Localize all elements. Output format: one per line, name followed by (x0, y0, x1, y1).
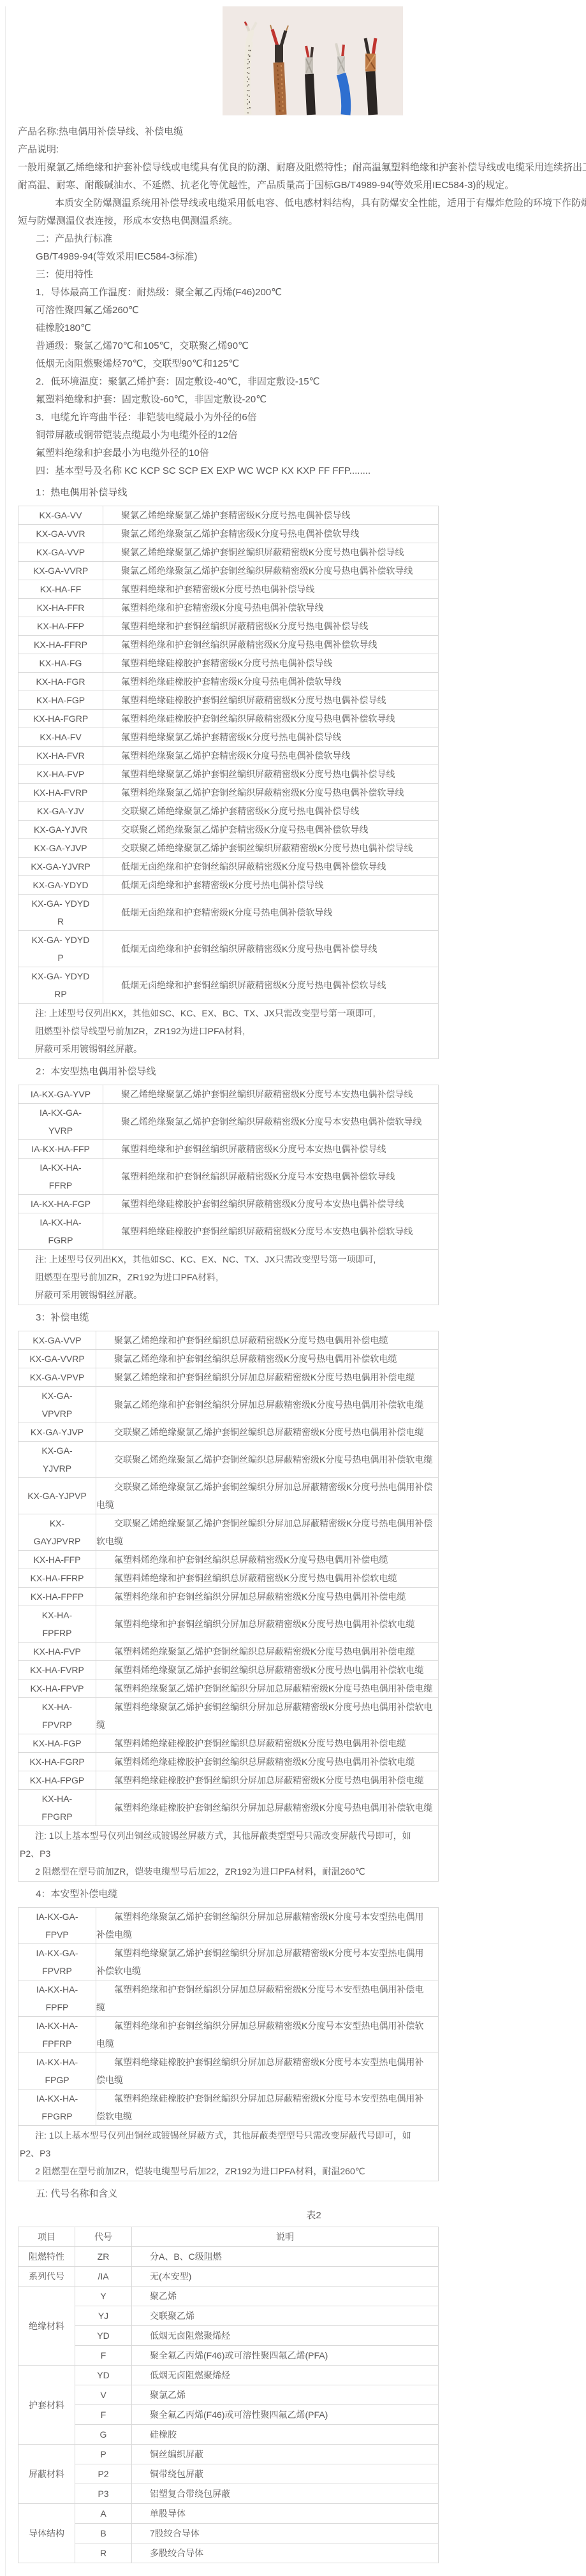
model-desc-cell: 低烟无卤绝缘和护套精密级K分度号热电偶补偿导线 (103, 876, 439, 895)
model-code-cell: KX-HA-FPGP (18, 1771, 96, 1790)
table-row: KX-GA- YDYD RP 低烟无卤绝缘和护套铜丝编织屏蔽精密级K分度号热电偶… (18, 967, 439, 1004)
legend-desc-cell: 铝塑复合带绕包屏蔽 (132, 2484, 439, 2504)
table-row: KX-GA- YJVRP 交联聚乙烯绝缘聚氯乙烯护套铜丝编织总屏蔽精密级K分度号… (18, 1442, 439, 1478)
model-code-cell: KX-HA-FVP (18, 765, 103, 784)
table-row: KX-GA-YJPVP 交联聚乙烯绝缘聚氯乙烯护套铜丝编织分屏加总屏蔽精密级K分… (18, 1478, 439, 1514)
model-desc-cell: 氟塑料绝缘硅橡胶护套铜丝编织屏蔽精密级K分度号本安热电偶补偿软导线 (103, 1213, 439, 1250)
text-line: 产品名称:热电偶用补偿导线、补偿电缆 (18, 123, 586, 141)
model-desc-cell: 氟塑料烯绝缘和护套铜丝编织总屏蔽精密级K分度号热电偶用补偿电缆 (96, 1551, 439, 1569)
table-row: KX-GA-VVRP 聚氯乙烯绝缘聚氯乙烯护套铜丝编织屏蔽精密级K分度号热电偶补… (18, 562, 439, 580)
table-row: KX-GA-YDYD 低烟无卤绝缘和护套精密级K分度号热电偶补偿导线 (18, 876, 439, 895)
legend-desc-cell: 聚全氟乙丙烯(F46)或可溶性聚四氟乙烯(PFA) (132, 2346, 439, 2366)
legend-code-cell: YD (75, 2326, 132, 2346)
table-row: KX-HA-FVP 氟塑料绝缘聚氯乙烯护套铜丝编织屏蔽精密级K分度号热电偶补偿导… (18, 765, 439, 784)
section-heading-compensation-cable: 3：补偿电缆 (36, 1309, 586, 1327)
legend-row: 导体结构A单股导体 (18, 2504, 439, 2524)
model-code-cell: KX-HA- FPGRP (18, 1790, 96, 1826)
legend-row: V聚氯乙烯 (18, 2385, 439, 2405)
legend-item-cell: 护套材料 (18, 2366, 75, 2445)
model-desc-cell: 氟塑料绝缘硅橡胶护套精密级K分度号热电偶补偿软导线 (103, 673, 439, 691)
model-code-cell: KX-HA-FVR (18, 747, 103, 765)
model-desc-cell: 氟塑料绝缘和护套铜丝编织屏蔽精密级K分度号本安热电偶补偿软导线 (103, 1159, 439, 1195)
note-line: 阻燃型补偿导线型号前加ZR，ZR192为进口PFA材料, (18, 1022, 438, 1040)
table-row: KX-GA-VVP 聚氯乙烯绝缘和护套铜丝编织总屏蔽精密级K分度号热电偶用补偿电… (18, 1331, 439, 1350)
model-desc-cell: 氟塑料绝缘和护套铜丝编织屏蔽精密级K分度号热电偶补偿导线 (103, 617, 439, 636)
model-desc-cell: 氟塑料绝缘聚氯乙烯护套铜丝编织分屏加总屏蔽精密级K分度号热电偶用补偿软电 缆 (96, 1698, 439, 1734)
model-code-cell: KX-GA- YJVRP (18, 1442, 96, 1478)
note-line: 阻燃型在型号前加ZR，ZR192为进口PFA材料, (18, 1268, 438, 1286)
model-code-cell: IA-KX-HA- FFRP (18, 1159, 103, 1195)
model-desc-cell: 氟塑料绝缘硅橡胶护套铜丝编织屏蔽精密级K分度号热电偶补偿软导线 (103, 710, 439, 728)
table-note: 注: 1以上基本型号仅列出铜丝或镀锡丝屏蔽方式，其他屏蔽类型型号只需改变屏蔽代号… (18, 2126, 439, 2181)
table-row: KX- GAYJPVRP 交联聚乙烯绝缘聚氯乙烯护套铜丝编织分屏加总屏蔽精密级K… (18, 1514, 439, 1551)
table-row: KX-GA- YDYD R 低烟无卤绝缘和护套精密级K分度号热电偶补偿软导线 (18, 895, 439, 931)
legend-row: 绝缘材料Y聚乙烯 (18, 2287, 439, 2306)
compensation-wire-table: KX-GA-VV 聚氯乙烯绝缘聚氯乙烯护套精密级K分度号热电偶补偿导线 KX-G… (18, 506, 439, 1059)
legend-row: F聚全氟乙丙烯(F46)或可溶性聚四氟乙烯(PFA) (18, 2346, 439, 2366)
model-code-cell: IA-KX-GA- FPVRP (18, 1944, 96, 1980)
table-row: KX-HA-FVRP 氟塑料绝缘聚氯乙烯护套铜丝编织屏蔽精密级K分度号热电偶补偿… (18, 784, 439, 802)
text-line: 耐高温、耐寒、耐酸碱油水、不延燃、抗老化等优越性，产品质量高于国标GB/T498… (18, 177, 586, 194)
table-row: IA-KX-HA- FPGRP 氟塑料绝缘硅橡胶护套铜丝编织分屏加总屏蔽精密级K… (18, 2089, 439, 2126)
model-code-cell: IA-KX-GA- FPVP (18, 1908, 96, 1944)
text-line: GB/T4989-94(等效采用IEC584-3标准) (36, 248, 586, 266)
legend-row: YJ交联聚乙烯 (18, 2306, 439, 2326)
legend-desc-cell: 聚全氟乙丙烯(F46)或可溶性聚四氟乙烯(PFA) (132, 2405, 439, 2425)
model-desc-cell: 聚氯乙烯绝缘聚氯乙烯护套铜丝编织屏蔽精密级K分度号热电偶补偿软导线 (103, 562, 439, 580)
legend-code-cell: /IA (75, 2267, 132, 2287)
model-desc-cell: 聚氯乙烯绝缘聚氯乙烯护套精密级K分度号热电偶补偿软导线 (103, 525, 439, 543)
table-row: KX-HA-FGP 氟塑料烯绝缘硅橡胶护套铜丝编织总屏蔽精密级K分度号热电偶用补… (18, 1734, 439, 1753)
table-row: KX-HA-FFP 氟塑料烯绝缘和护套铜丝编织总屏蔽精密级K分度号热电偶用补偿电… (18, 1551, 439, 1569)
legend-code-cell: F (75, 2346, 132, 2366)
legend-desc-cell: 分A、B、C级阻燃 (132, 2247, 439, 2267)
model-code-cell: KX-GA-YJPVP (18, 1478, 96, 1514)
model-code-cell: KX-GA-VVRP (18, 562, 103, 580)
table-row: KX-HA-FF 氟塑料绝缘和护套精密级K分度号热电偶补偿导线 (18, 580, 439, 599)
note-line: 注: 1以上基本型号仅列出铜丝或镀锡丝屏蔽方式，其他屏蔽类型型号只需改变屏蔽代号… (18, 2126, 438, 2144)
model-code-cell: KX-HA-FFR (18, 599, 103, 617)
note-line: 2 阻燃型在型号前加ZR，铠装电缆型号后加22，ZR192为进口PFA材料，耐温… (18, 1862, 438, 1880)
legend-row: 屏蔽材料P铜丝编织屏蔽 (18, 2445, 439, 2464)
legend-code-cell: F (75, 2405, 132, 2425)
compensation-cable-table: KX-GA-VVP 聚氯乙烯绝缘和护套铜丝编织总屏蔽精密级K分度号热电偶用补偿电… (18, 1331, 439, 1882)
model-code-cell: KX-GA-YJVP (18, 839, 103, 858)
table-row: IA-KX-HA- FGRP 氟塑料绝缘硅橡胶护套铜丝编织屏蔽精密级K分度号本安… (18, 1213, 439, 1250)
table-row: KX-GA-YJVR 交联聚乙烯绝缘聚氯乙烯护套精密级K分度号热电偶补偿软导线 (18, 821, 439, 839)
legend-row: P3铝塑复合带绕包屏蔽 (18, 2484, 439, 2504)
table-row: IA-KX-HA- FPFRP 氟塑料绝缘和护套铜丝编织分屏加总屏蔽精密级K分度… (18, 2017, 439, 2053)
model-code-cell: KX- GAYJPVRP (18, 1514, 96, 1551)
legend-code-cell: P3 (75, 2484, 132, 2504)
table-row: KX-HA-FVR 氟塑料绝缘聚氯乙烯护套精密级K分度号热电偶补偿软导线 (18, 747, 439, 765)
model-code-cell: KX-GA-YJVRP (18, 858, 103, 876)
text-line: 一般用聚氯乙烯绝缘和护套补偿导线或电缆具有优良的防潮、耐磨及阻燃特性；耐高温氟塑… (18, 159, 586, 177)
legend-table-body: 阻燃特性ZR分A、B、C级阻燃系列代号/IA无(本安型)绝缘材料Y聚乙烯YJ交联… (18, 2247, 439, 2563)
model-desc-cell: 氟塑料绝缘硅橡胶护套铜丝编织分屏加总屏蔽精密级K分度号热电偶用补偿电缆 (96, 1771, 439, 1790)
legend-row: 阻燃特性ZR分A、B、C级阻燃 (18, 2247, 439, 2267)
model-desc-cell: 氟塑料烯绝缘硅橡胶护套铜丝编织总屏蔽精密级K分度号热电偶用补偿电缆 (96, 1734, 439, 1753)
table-row: KX-HA-FFRP 氟塑料绝缘和护套铜丝编织屏蔽精密级K分度号热电偶补偿软导线 (18, 636, 439, 654)
table-row: KX-HA- FPGRP 氟塑料绝缘硅橡胶护套铜丝编织分屏加总屏蔽精密级K分度号… (18, 1790, 439, 1826)
table-row: IA-KX-GA- YVRP 聚乙烯绝缘聚氯乙烯护套铜丝编织屏蔽精密级K分度号本… (18, 1104, 439, 1140)
legend-header-desc: 说明 (132, 2227, 439, 2247)
model-desc-cell: 聚乙烯绝缘聚氯乙烯护套铜丝编织屏蔽精密级K分度号本安热电偶补偿软导线 (103, 1104, 439, 1140)
model-code-cell: IA-KX-HA-FGP (18, 1195, 103, 1213)
legend-code-cell: ZR (75, 2247, 132, 2267)
model-code-cell: KX-GA-YJV (18, 802, 103, 821)
table-row: KX-GA-YJV 交联聚乙烯绝缘聚氯乙烯护套精密级K分度号热电偶补偿导线 (18, 802, 439, 821)
model-code-cell: KX-HA-FVRP (18, 784, 103, 802)
note-line: 2 阻燃型在型号前加ZR，铠装电缆型号后加22，ZR192为进口PFA材料，耐温… (18, 2162, 438, 2180)
model-code-cell: KX-HA-FFRP (18, 636, 103, 654)
model-code-cell: KX-GA- YDYD R (18, 895, 103, 931)
model-desc-cell: 氟塑料绝缘和护套铜丝编织分屏加总屏蔽精密级K分度号热电偶用补偿软电缆 (96, 1606, 439, 1643)
legend-header-row: 项目 代号 说明 (18, 2227, 439, 2247)
legend-desc-cell: 低烟无卤阻燃聚烯烃 (132, 2326, 439, 2346)
model-code-cell: KX-HA-FPFP (18, 1588, 96, 1606)
model-desc-cell: 氟塑料绝缘和护套铜丝编织分屏加总屏蔽精密级K分度号热电偶用补偿电缆 (96, 1588, 439, 1606)
model-desc-cell: 氟塑料绝缘和护套铜丝编织屏蔽精密级K分度号本安热电偶补偿导线 (103, 1140, 439, 1159)
section-heading-compensation-wire: 1：热电偶用补偿导线 (36, 484, 586, 502)
table-note: 注: 上述型号仅列出KX，其他如SC、KC、EX、NC、TX、JX只需改变型号第… (18, 1250, 439, 1305)
model-desc-cell: 聚氯乙烯绝缘聚氯乙烯护套精密级K分度号热电偶补偿导线 (103, 506, 439, 525)
legend-desc-cell: 7股绞合导体 (132, 2524, 439, 2543)
table-row: KX-HA-FPVP 氟塑料绝缘聚氯乙烯护套铜丝编织分屏加总屏蔽精密级K分度号热… (18, 1680, 439, 1698)
model-desc-cell: 交联聚乙烯绝缘聚氯乙烯护套铜丝编织总屏蔽精密级K分度号热电偶用补偿软电缆 (96, 1442, 439, 1478)
model-desc-cell: 氟塑料绝缘聚氯乙烯护套精密级K分度号热电偶补偿软导线 (103, 747, 439, 765)
legend-desc-cell: 低烟无卤阻燃聚烯烃 (132, 2366, 439, 2385)
legend-row: B7股绞合导体 (18, 2524, 439, 2543)
model-desc-cell: 聚氯乙烯绝缘和护套铜丝编织分屏加总屏蔽精密级K分度号热电偶用补偿软电缆 (96, 1387, 439, 1423)
table-row: IA-KX-GA-YVP 聚乙烯绝缘聚氯乙烯护套铜丝编织屏蔽精密级K分度号本安热… (18, 1085, 439, 1104)
section-heading-code-legend: 五: 代号名称和含义 (36, 2185, 586, 2203)
product-photo (223, 6, 403, 115)
model-code-cell: KX-GA-VVP (18, 543, 103, 562)
product-page: 产品名称:热电偶用补偿导线、补偿电缆 产品说明: 一般用聚氯乙烯绝缘和护套补偿导… (5, 6, 586, 2576)
model-desc-cell: 交联聚乙烯绝缘聚氯乙烯护套精密级K分度号热电偶补偿导线 (103, 802, 439, 821)
model-desc-cell: 交联聚乙烯绝缘聚氯乙烯护套精密级K分度号热电偶补偿软导线 (103, 821, 439, 839)
model-desc-cell: 氟塑料绝缘和护套精密级K分度号热电偶补偿软导线 (103, 599, 439, 617)
note-line: 注: 1以上基本型号仅列出铜丝或镀锡丝屏蔽方式，其他屏蔽类型型号只需改变屏蔽代号… (18, 1827, 438, 1845)
model-code-cell: KX-HA- FPVRP (18, 1698, 96, 1734)
table-row: KX-HA-FFRP 氟塑料烯绝缘和护套铜丝编织总屏蔽精密级K分度号热电偶用补偿… (18, 1569, 439, 1588)
legend-table-caption: 表2 (18, 2207, 586, 2225)
text-line: 氟塑料绝缘和护套最小为电缆外径的10倍 (36, 444, 586, 462)
model-desc-cell: 氟塑料绝缘聚氯乙烯护套精密级K分度号热电偶补偿导线 (103, 728, 439, 747)
legend-desc-cell: 单股导体 (132, 2504, 439, 2524)
model-code-cell: KX-GA-VV (18, 506, 103, 525)
table-row: IA-KX-HA-FFP 氟塑料绝缘和护套铜丝编织屏蔽精密级K分度号本安热电偶补… (18, 1140, 439, 1159)
table-row: KX-GA-VVP 聚氯乙烯绝缘聚氯乙烯护套铜丝编织屏蔽精密级K分度号热电偶补偿… (18, 543, 439, 562)
model-desc-cell: 氟塑料绝缘和护套铜丝编织屏蔽精密级K分度号热电偶补偿软导线 (103, 636, 439, 654)
legend-code-cell: YD (75, 2366, 132, 2385)
table-row: KX-HA-FG 氟塑料绝缘硅橡胶护套精密级K分度号热电偶补偿导线 (18, 654, 439, 673)
legend-item-cell: 屏蔽材料 (18, 2445, 75, 2504)
text-line: 本质安全防爆测温系统用补偿导线或电缆采用低电容、低电感材料结构，具有防爆安全性能… (55, 194, 586, 212)
table-note-row: 注: 1以上基本型号仅列出铜丝或镀锡丝屏蔽方式，其他屏蔽类型型号只需改变屏蔽代号… (18, 2126, 439, 2181)
text-line: 产品说明: (18, 141, 586, 159)
legend-item-cell: 导体结构 (18, 2504, 75, 2563)
model-code-cell: KX-HA-FGRP (18, 710, 103, 728)
model-code-cell: KX-HA-FGP (18, 691, 103, 710)
model-code-cell: KX-GA- YDYD RP (18, 967, 103, 1004)
model-code-cell: IA-KX-HA- FPFP (18, 1980, 96, 2017)
model-desc-cell: 氟塑料绝缘硅橡胶护套铜丝编织屏蔽精密级K分度号热电偶补偿导线 (103, 691, 439, 710)
model-code-cell: KX-HA-FFP (18, 617, 103, 636)
model-desc-cell: 氟塑料绝缘硅橡胶护套铜丝编织屏蔽精密级K分度号本安热电偶补偿导线 (103, 1195, 439, 1213)
legend-desc-cell: 交联聚乙烯 (132, 2306, 439, 2326)
legend-code-cell: Y (75, 2287, 132, 2306)
table-row: KX-HA-FVP 氟塑料烯绝缘聚氯乙烯护套铜丝编织总屏蔽精密级K分度号热电偶用… (18, 1643, 439, 1661)
note-line: P2、P3 (18, 2144, 438, 2162)
legend-code-cell: P2 (75, 2464, 132, 2484)
legend-row: 护套材料YD低烟无卤阻燃聚烯烃 (18, 2366, 439, 2385)
table-note: 注: 1以上基本型号仅列出铜丝或镀锡丝屏蔽方式，其他屏蔽类型型号只需改变屏蔽代号… (18, 1826, 439, 1882)
model-desc-cell: 氟塑料绝缘聚氯乙烯护套铜丝编织屏蔽精密级K分度号热电偶补偿导线 (103, 765, 439, 784)
model-desc-cell: 氟塑料绝缘聚氯乙烯护套铜丝编织屏蔽精密级K分度号热电偶补偿软导线 (103, 784, 439, 802)
model-desc-cell: 低烟无卤绝缘和护套铜丝编织屏蔽精密级K分度号热电偶补偿软导线 (103, 967, 439, 1004)
text-line: 1．导体最高工作温度：耐热级：聚全氟乙丙烯(F46)200℃ (36, 284, 586, 302)
model-code-cell: KX-HA-FVRP (18, 1661, 96, 1680)
table-row: KX-HA-FVRP 氟塑料烯绝缘聚氯乙烯护套铜丝编织总屏蔽精密级K分度号热电偶… (18, 1661, 439, 1680)
model-code-cell: KX-GA- YDYD P (18, 931, 103, 967)
model-code-cell: IA-KX-HA- FPGP (18, 2053, 96, 2089)
table-row: KX-GA-YJVP 交联聚乙烯绝缘聚氯乙烯护套铜丝编织总屏蔽精密级K分度号热电… (18, 1423, 439, 1442)
table-row: KX-HA- FPVRP 氟塑料绝缘聚氯乙烯护套铜丝编织分屏加总屏蔽精密级K分度… (18, 1698, 439, 1734)
model-desc-cell: 聚氯乙烯绝缘聚氯乙烯护套铜丝编织屏蔽精密级K分度号热电偶补偿导线 (103, 543, 439, 562)
model-code-cell: KX-HA- FPFRP (18, 1606, 96, 1643)
model-desc-cell: 交联聚乙烯绝缘聚氯乙烯护套铜丝编织总屏蔽精密级K分度号热电偶用补偿电缆 (96, 1423, 439, 1442)
text-line: 三：使用特性 (36, 266, 586, 284)
table-row: KX-GA- VPVRP 聚氯乙烯绝缘和护套铜丝编织分屏加总屏蔽精密级K分度号热… (18, 1387, 439, 1423)
model-desc-cell: 氟塑料绝缘和护套铜丝编织分屏加总屏蔽精密级K分度号本安型热电偶用补偿电 缆 (96, 1980, 439, 2017)
legend-row: YD低烟无卤阻燃聚烯烃 (18, 2326, 439, 2346)
legend-item-cell: 阻燃特性 (18, 2247, 75, 2267)
model-code-cell: KX-GA-VPVP (18, 1368, 96, 1387)
section-heading-intrinsic-safe-cable: 4：本安型补偿电缆 (36, 1885, 586, 1903)
model-code-cell: IA-KX-HA-FFP (18, 1140, 103, 1159)
legend-desc-cell: 聚乙烯 (132, 2287, 439, 2306)
model-code-cell: KX-HA-FG (18, 654, 103, 673)
table-row: IA-KX-HA- FPFP 氟塑料绝缘和护套铜丝编织分屏加总屏蔽精密级K分度号… (18, 1980, 439, 2017)
legend-desc-cell: 铜丝编织屏蔽 (132, 2445, 439, 2464)
text-line: 2．低环境温度：聚氯乙烯护套：固定敷设-40℃，非固定敷设-15℃ (36, 373, 586, 391)
text-line: 铜带屏蔽或钢带铠装点缆最小为电缆外径的12倍 (36, 427, 586, 444)
legend-desc-cell: 铜带绕包屏蔽 (132, 2464, 439, 2484)
table-row: KX-HA-FFR 氟塑料绝缘和护套精密级K分度号热电偶补偿软导线 (18, 599, 439, 617)
text-line: 氟塑料绝缘和护套：固定敷设-60℃，非固定敷设-20℃ (36, 391, 586, 409)
model-desc-cell: 氟塑料绝缘硅橡胶护套铜丝编织分屏加总屏蔽精密级K分度号热电偶用补偿软电缆 (96, 1790, 439, 1826)
model-code-cell: KX-GA-YJVP (18, 1423, 96, 1442)
model-code-cell: KX-HA-FFP (18, 1551, 96, 1569)
model-code-cell: KX-GA-YJVR (18, 821, 103, 839)
model-desc-cell: 氟塑料绝缘和护套精密级K分度号热电偶补偿导线 (103, 580, 439, 599)
table-note-row: 注: 上述型号仅列出KX，其他如SC、KC、EX、BC、TX、JX只需改变型号第… (18, 1004, 439, 1059)
model-desc-cell: 低烟无卤绝缘和护套铜丝编织屏蔽精密级K分度号热电偶补偿导线 (103, 931, 439, 967)
legend-code-cell: B (75, 2524, 132, 2543)
model-code-cell: KX-HA-FGRP (18, 1753, 96, 1771)
model-desc-cell: 交联聚乙烯绝缘聚氯乙烯护套铜丝编织屏蔽精密级K分度号热电偶补偿导线 (103, 839, 439, 858)
legend-header-item: 项目 (18, 2227, 75, 2247)
legend-item-cell: 绝缘材料 (18, 2287, 75, 2366)
table-row: KX-HA-FFP 氟塑料绝缘和护套铜丝编织屏蔽精密级K分度号热电偶补偿导线 (18, 617, 439, 636)
table-row: KX-HA-FGRP 氟塑料烯绝缘硅橡胶护套铜丝编织总屏蔽精密级K分度号热电偶用… (18, 1753, 439, 1771)
legend-row: 系列代号/IA无(本安型) (18, 2267, 439, 2287)
note-line: 注: 上述型号仅列出KX，其他如SC、KC、EX、BC、TX、JX只需改变型号第… (18, 1004, 438, 1022)
note-line: 注: 上述型号仅列出KX，其他如SC、KC、EX、NC、TX、JX只需改变型号第… (18, 1250, 438, 1268)
model-code-cell: KX-HA-FF (18, 580, 103, 599)
text-line: 四：基本型号及名称 KC KCP SC SCP EX EXP WC WCP KX… (36, 462, 586, 480)
text-line: 普通级：聚氯乙烯70℃和105℃，交联聚乙烯90℃ (36, 337, 586, 355)
legend-row: P2铜带绕包屏蔽 (18, 2464, 439, 2484)
model-desc-cell: 聚乙烯绝缘聚氯乙烯护套铜丝编织屏蔽精密级K分度号本安热电偶补偿导线 (103, 1085, 439, 1104)
text-line: 可溶性聚四氟乙烯260℃ (36, 302, 586, 319)
legend-code-cell: YJ (75, 2306, 132, 2326)
note-line: 屏蔽可采用镀锡铜丝屏蔽。 (18, 1286, 438, 1304)
table-note-row: 注: 1以上基本型号仅列出铜丝或镀锡丝屏蔽方式，其他屏蔽类型型号只需改变屏蔽代号… (18, 1826, 439, 1882)
legend-row: G硅橡胶 (18, 2425, 439, 2445)
model-code-cell: IA-KX-HA- FPGRP (18, 2089, 96, 2126)
table-row: KX-HA-FGRP 氟塑料绝缘硅橡胶护套铜丝编织屏蔽精密级K分度号热电偶补偿软… (18, 710, 439, 728)
model-code-cell: KX-HA-FGR (18, 673, 103, 691)
legend-code-cell: A (75, 2504, 132, 2524)
table-row: IA-KX-HA- FPGP 氟塑料绝缘硅橡胶护套铜丝编织分屏加总屏蔽精密级K分… (18, 2053, 439, 2089)
model-code-cell: KX-GA-YDYD (18, 876, 103, 895)
text-line: 3．电缆允许弯曲半径：非铠装电缆最小为外径的6倍 (36, 409, 586, 427)
note-line: P2、P3 (18, 1845, 438, 1862)
table-row: KX-HA- FPFRP 氟塑料绝缘和护套铜丝编织分屏加总屏蔽精密级K分度号热电… (18, 1606, 439, 1643)
legend-code-cell: V (75, 2385, 132, 2405)
note-line: 屏蔽可采用镀锡铜丝屏蔽。 (18, 1040, 438, 1058)
model-code-cell: KX-GA- VPVRP (18, 1387, 96, 1423)
table-row: KX-HA-FPGP 氟塑料绝缘硅橡胶护套铜丝编织分屏加总屏蔽精密级K分度号热电… (18, 1771, 439, 1790)
model-code-cell: IA-KX-HA- FGRP (18, 1213, 103, 1250)
body-text: 产品名称:热电偶用补偿导线、补偿电缆 产品说明: 一般用聚氯乙烯绝缘和护套补偿导… (18, 123, 586, 480)
model-code-cell: KX-GA-VVR (18, 525, 103, 543)
legend-row: F聚全氟乙丙烯(F46)或可溶性聚四氟乙烯(PFA) (18, 2405, 439, 2425)
legend-header-code: 代号 (75, 2227, 132, 2247)
text-line: 二：产品执行标准 (36, 230, 586, 248)
model-desc-cell: 交联聚乙烯绝缘聚氯乙烯护套铜丝编织分屏加总屏蔽精密级K分度号热电偶用补偿 电缆 (96, 1478, 439, 1514)
section-heading-intrinsic-safe-wire: 2：本安型热电偶用补偿导线 (36, 1063, 586, 1081)
legend-row: R多股绞合导体 (18, 2543, 439, 2563)
table-row: KX-GA-VV 聚氯乙烯绝缘聚氯乙烯护套精密级K分度号热电偶补偿导线 (18, 506, 439, 525)
table-row: KX-GA-VVRP 聚氯乙烯绝缘和护套铜丝编织总屏蔽精密级K分度号热电偶用补偿… (18, 1350, 439, 1368)
text-line: 硅橡胶180℃ (36, 319, 586, 337)
legend-code-cell: G (75, 2425, 132, 2445)
table-row: KX-GA-VPVP 聚氯乙烯绝缘和护套铜丝编织分屏加总屏蔽精密级K分度号热电偶… (18, 1368, 439, 1387)
legend-item-cell: 系列代号 (18, 2267, 75, 2287)
table-row: KX-GA-YJVRP 低烟无卤绝缘和护套铜丝编织屏蔽精密级K分度号热电偶补偿软… (18, 858, 439, 876)
model-desc-cell: 氟塑料绝缘硅橡胶护套精密级K分度号热电偶补偿导线 (103, 654, 439, 673)
code-legend-table: 项目 代号 说明 阻燃特性ZR分A、B、C级阻燃系列代号/IA无(本安型)绝缘材… (18, 2227, 439, 2563)
intrinsic-safe-wire-table: IA-KX-GA-YVP 聚乙烯绝缘聚氯乙烯护套铜丝编织屏蔽精密级K分度号本安热… (18, 1085, 439, 1305)
model-desc-cell: 低烟无卤绝缘和护套铜丝编织屏蔽精密级K分度号热电偶补偿软导线 (103, 858, 439, 876)
model-code-cell: KX-HA-FVP (18, 1643, 96, 1661)
table-row: KX-GA- YDYD P 低烟无卤绝缘和护套铜丝编织屏蔽精密级K分度号热电偶补… (18, 931, 439, 967)
table-note: 注: 上述型号仅列出KX，其他如SC、KC、EX、BC、TX、JX只需改变型号第… (18, 1004, 439, 1059)
model-desc-cell: 低烟无卤绝缘和护套精密级K分度号热电偶补偿软导线 (103, 895, 439, 931)
model-code-cell: IA-KX-GA- YVRP (18, 1104, 103, 1140)
model-desc-cell: 氟塑料烯绝缘和护套铜丝编织总屏蔽精密级K分度号热电偶用补偿软电缆 (96, 1569, 439, 1588)
model-desc-cell: 聚氯乙烯绝缘和护套铜丝编织总屏蔽精密级K分度号热电偶用补偿软电缆 (96, 1350, 439, 1368)
legend-desc-cell: 硅橡胶 (132, 2425, 439, 2445)
table-row: KX-GA-YJVP 交联聚乙烯绝缘聚氯乙烯护套铜丝编织屏蔽精密级K分度号热电偶… (18, 839, 439, 858)
model-code-cell: IA-KX-GA-YVP (18, 1085, 103, 1104)
model-desc-cell: 氟塑料烯绝缘硅橡胶护套铜丝编织总屏蔽精密级K分度号热电偶用补偿软电缆 (96, 1753, 439, 1771)
model-desc-cell: 氟塑料烯绝缘聚氯乙烯护套铜丝编织总屏蔽精密级K分度号热电偶用补偿软电缆 (96, 1661, 439, 1680)
model-code-cell: KX-HA-FFRP (18, 1569, 96, 1588)
model-desc-cell: 氟塑料绝缘和护套铜丝编织分屏加总屏蔽精密级K分度号本安型热电偶用补偿软 电缆 (96, 2017, 439, 2053)
text-line: 低烟无卤阻燃聚烯烃70℃，交联型90℃和125℃ (36, 355, 586, 373)
table-row: KX-HA-FV 氟塑料绝缘聚氯乙烯护套精密级K分度号热电偶补偿导线 (18, 728, 439, 747)
model-desc-cell: 氟塑料绝缘聚氯乙烯护套铜丝编织分屏加总屏蔽精密级K分度号本安型热电偶用 补偿软电… (96, 1944, 439, 1980)
model-desc-cell: 聚氯乙烯绝缘和护套铜丝编织分屏加总屏蔽精密级K分度号热电偶用补偿电缆 (96, 1368, 439, 1387)
model-desc-cell: 氟塑料绝缘聚氯乙烯护套铜丝编织分屏加总屏蔽精密级K分度号本安型热电偶用 补偿电缆 (96, 1908, 439, 1944)
legend-code-cell: R (75, 2543, 132, 2563)
legend-desc-cell: 多股绞合导体 (132, 2543, 439, 2563)
table-note-row: 注: 上述型号仅列出KX，其他如SC、KC、EX、NC、TX、JX只需改变型号第… (18, 1250, 439, 1305)
model-code-cell: IA-KX-HA- FPFRP (18, 2017, 96, 2053)
model-desc-cell: 氟塑料绝缘硅橡胶护套铜丝编织分屏加总屏蔽精密级K分度号本安型热电偶用补 偿电缆 (96, 2053, 439, 2089)
table-row: IA-KX-HA-FGP 氟塑料绝缘硅橡胶护套铜丝编织屏蔽精密级K分度号本安热电… (18, 1195, 439, 1213)
model-desc-cell: 交联聚乙烯绝缘聚氯乙烯护套铜丝编织分屏加总屏蔽精密级K分度号热电偶用补偿 软电缆 (96, 1514, 439, 1551)
model-desc-cell: 氟塑料绝缘聚氯乙烯护套铜丝编织分屏加总屏蔽精密级K分度号热电偶用补偿电缆 (96, 1680, 439, 1698)
model-desc-cell: 聚氯乙烯绝缘和护套铜丝编织总屏蔽精密级K分度号热电偶用补偿电缆 (96, 1331, 439, 1350)
table-row: KX-HA-FGP 氟塑料绝缘硅橡胶护套铜丝编织屏蔽精密级K分度号热电偶补偿导线 (18, 691, 439, 710)
model-code-cell: KX-GA-VVP (18, 1331, 96, 1350)
model-desc-cell: 氟塑料烯绝缘聚氯乙烯护套铜丝编织总屏蔽精密级K分度号热电偶用补偿电缆 (96, 1643, 439, 1661)
table-row: IA-KX-HA- FFRP 氟塑料绝缘和护套铜丝编织屏蔽精密级K分度号本安热电… (18, 1159, 439, 1195)
legend-code-cell: P (75, 2445, 132, 2464)
model-desc-cell: 氟塑料绝缘硅橡胶护套铜丝编织分屏加总屏蔽精密级K分度号本安型热电偶用补 偿软电缆 (96, 2089, 439, 2126)
table-row: KX-HA-FPFP 氟塑料绝缘和护套铜丝编织分屏加总屏蔽精密级K分度号热电偶用… (18, 1588, 439, 1606)
table-row: KX-HA-FGR 氟塑料绝缘硅橡胶护套精密级K分度号热电偶补偿软导线 (18, 673, 439, 691)
table-row: IA-KX-GA- FPVP 氟塑料绝缘聚氯乙烯护套铜丝编织分屏加总屏蔽精密级K… (18, 1908, 439, 1944)
legend-desc-cell: 聚氯乙烯 (132, 2385, 439, 2405)
intrinsic-safe-cable-table: IA-KX-GA- FPVP 氟塑料绝缘聚氯乙烯护套铜丝编织分屏加总屏蔽精密级K… (18, 1907, 439, 2181)
table-row: KX-GA-VVR 聚氯乙烯绝缘聚氯乙烯护套精密级K分度号热电偶补偿软导线 (18, 525, 439, 543)
legend-desc-cell: 无(本安型) (132, 2267, 439, 2287)
model-code-cell: KX-HA-FPVP (18, 1680, 96, 1698)
model-code-cell: KX-HA-FV (18, 728, 103, 747)
text-line: 短与防爆测温仪表连接，形成本安热电偶测温系统。 (18, 212, 586, 230)
model-code-cell: KX-HA-FGP (18, 1734, 96, 1753)
model-code-cell: KX-GA-VVRP (18, 1350, 96, 1368)
table-row: IA-KX-GA- FPVRP 氟塑料绝缘聚氯乙烯护套铜丝编织分屏加总屏蔽精密级… (18, 1944, 439, 1980)
